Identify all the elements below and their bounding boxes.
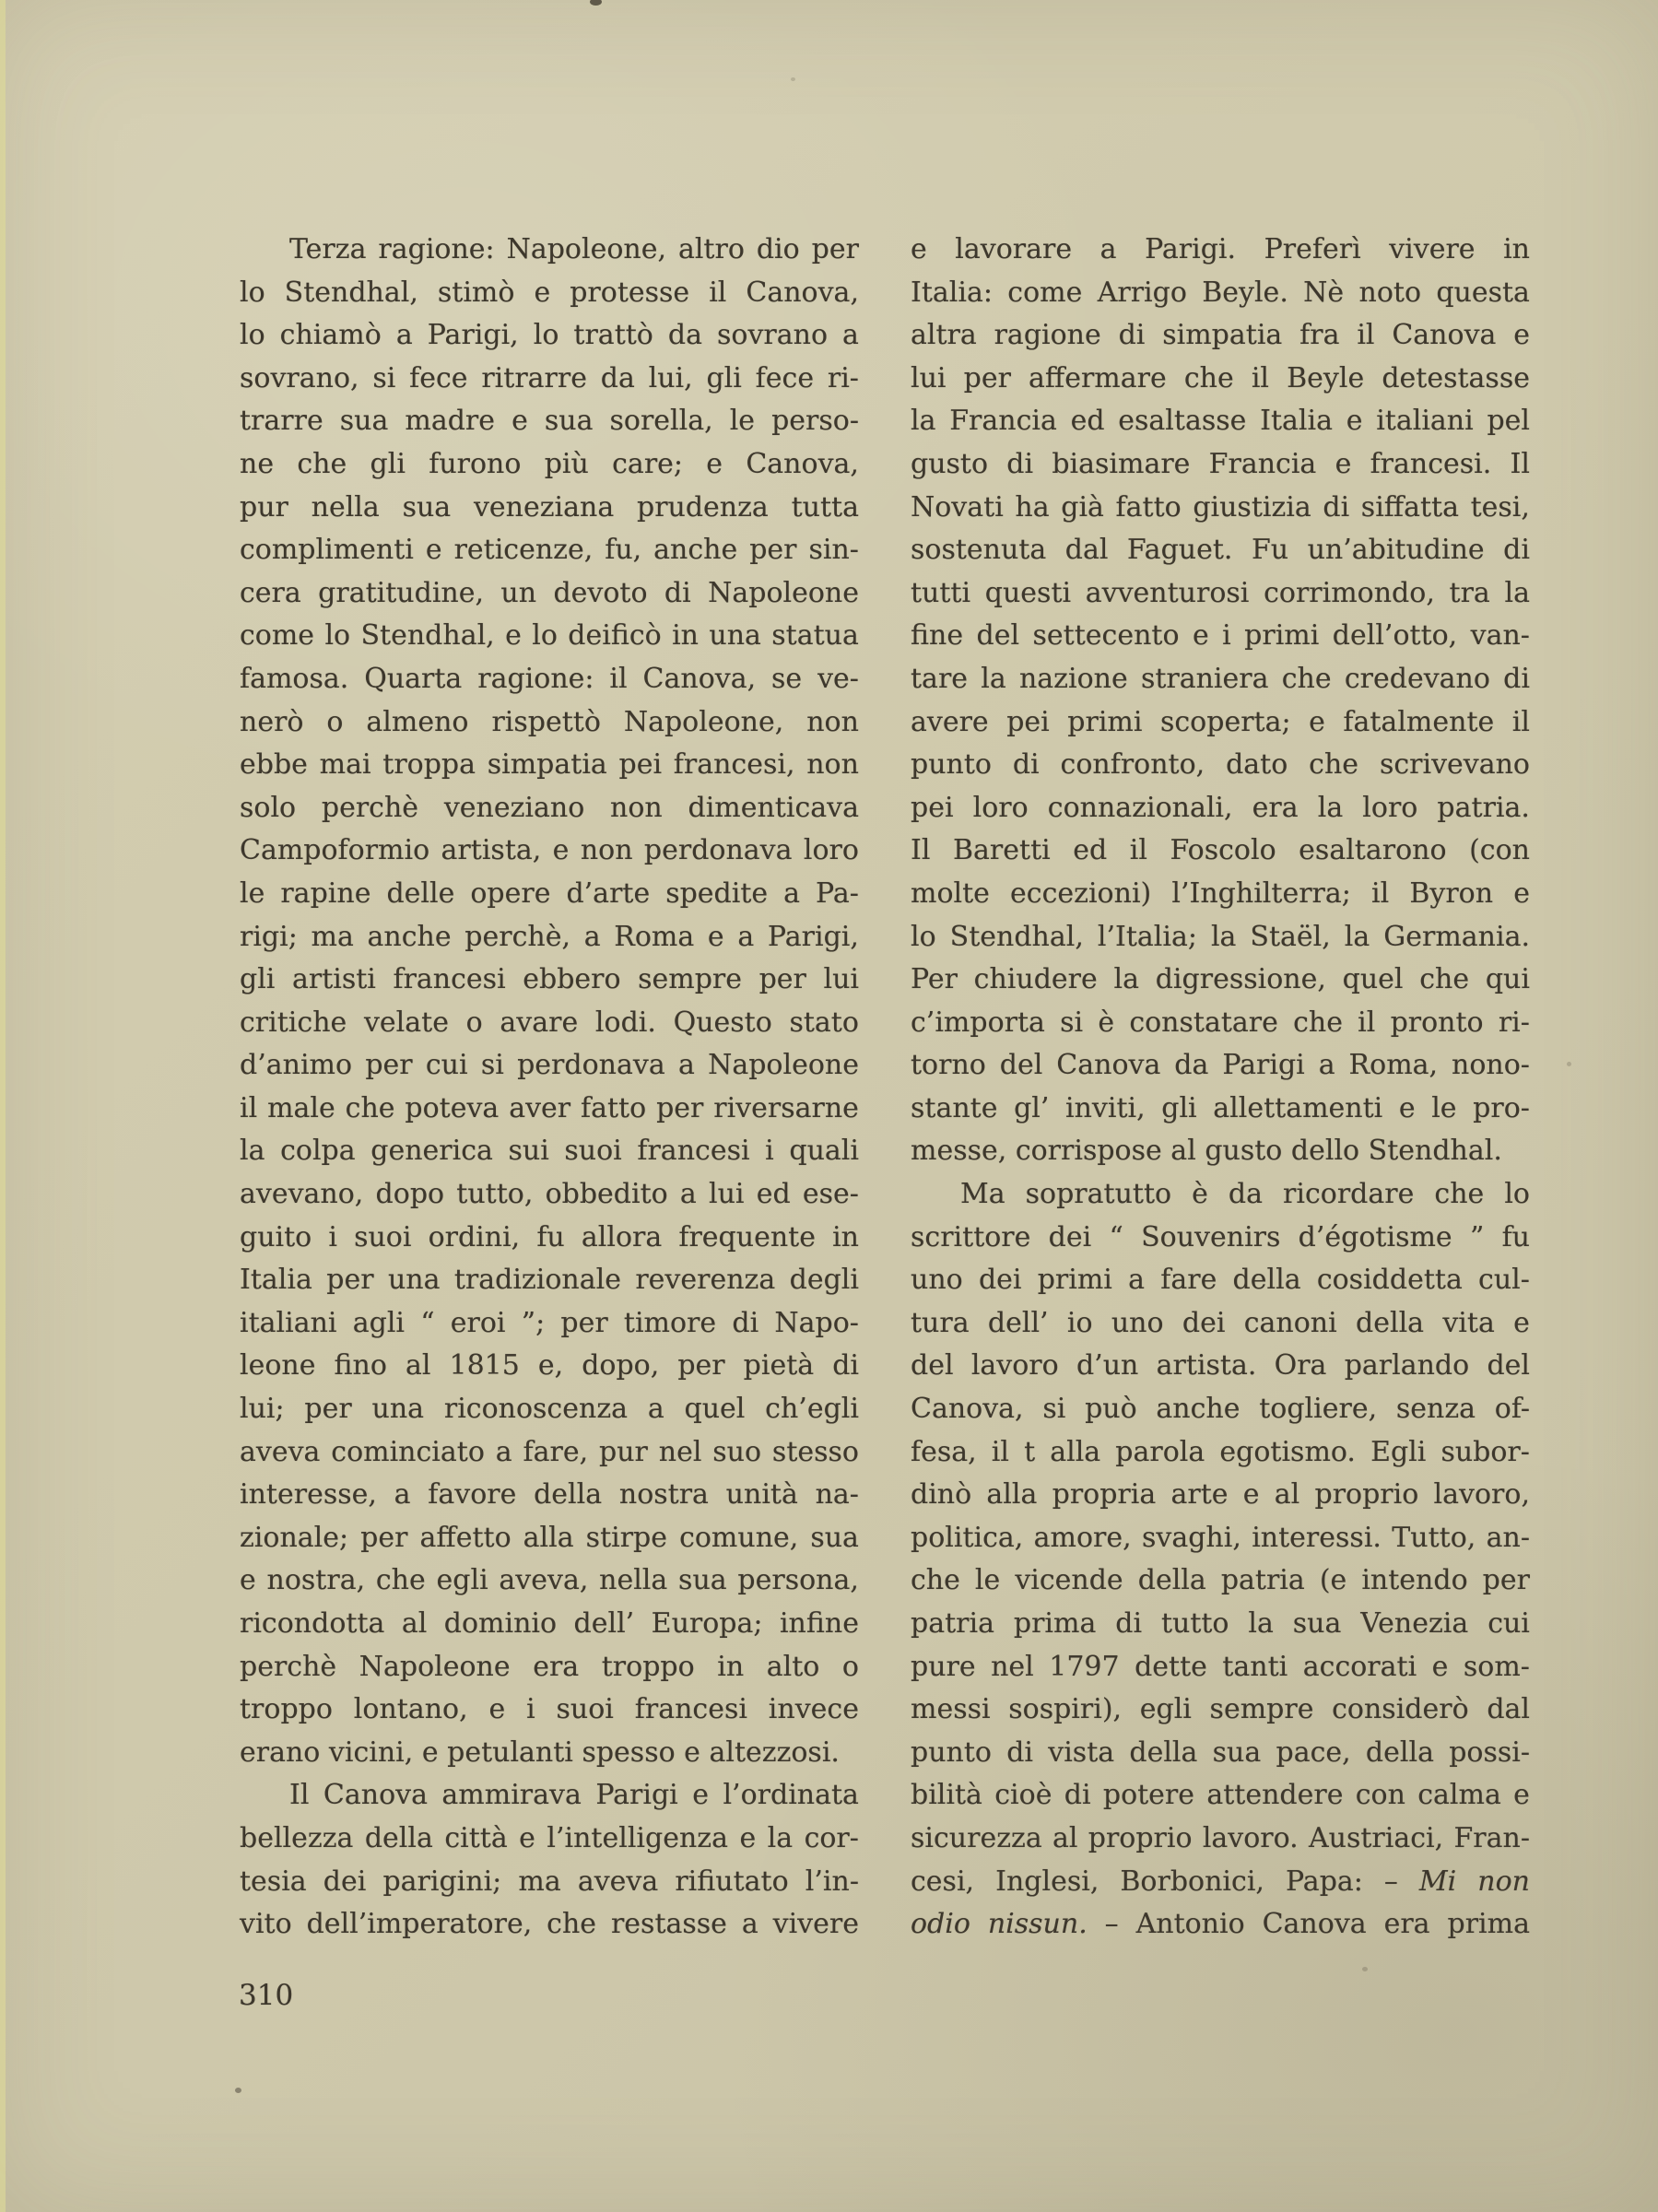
- text-line: ebbemaitroppasimpatiapeifrancesi,non: [240, 744, 859, 787]
- word: pel: [1487, 400, 1530, 443]
- word: e: [1432, 1646, 1449, 1689]
- text-line: puntodiconfronto,datochescrivevano: [911, 744, 1530, 787]
- word: punto: [911, 744, 992, 787]
- word: fece: [756, 358, 814, 401]
- word: spedite: [665, 873, 768, 916]
- word: riconoscenza: [444, 1388, 628, 1431]
- text-line: tesiadeiparigini;maavevarifiutatol’in-: [240, 1861, 859, 1904]
- word: come: [1007, 272, 1082, 315]
- word: la: [1345, 916, 1370, 959]
- word: odio: [911, 1903, 970, 1947]
- word: della: [534, 1474, 602, 1517]
- word: ricordare: [1283, 1173, 1414, 1217]
- word: Stendhal,: [360, 615, 494, 658]
- word: Canova: [1392, 314, 1496, 358]
- word: gusto: [911, 443, 988, 487]
- word: potere: [1103, 1774, 1194, 1818]
- word: città: [444, 1818, 507, 1861]
- word: leone: [240, 1345, 316, 1388]
- word: famosa.: [240, 658, 348, 701]
- word: a: [783, 873, 800, 916]
- word: e,: [538, 1345, 563, 1388]
- word: questi: [985, 572, 1071, 616]
- word: allettamenti: [1213, 1088, 1382, 1131]
- word: Inglesi,: [995, 1861, 1099, 1904]
- scan-edge-strip: [0, 0, 6, 2212]
- word: sua: [340, 400, 389, 443]
- word: a: [584, 916, 601, 959]
- word: aveva: [578, 1861, 658, 1904]
- word: avare: [500, 1002, 578, 1045]
- word: quel: [685, 1388, 746, 1431]
- word: a: [680, 1173, 697, 1217]
- word: di: [1064, 1774, 1091, 1818]
- word: Il: [289, 1774, 309, 1818]
- word: aveva,: [499, 1559, 588, 1603]
- word: lui: [709, 1173, 745, 1217]
- word: fu,: [605, 529, 641, 572]
- word: un’abitudine: [1308, 529, 1485, 572]
- word: perdonava: [644, 829, 793, 873]
- word: detestasse: [1382, 358, 1530, 401]
- word: ragione:: [378, 229, 494, 272]
- word: lo: [324, 615, 350, 658]
- text-line: luiperaffermarecheilBeyledetestasse: [911, 358, 1530, 401]
- word: degli: [790, 1259, 859, 1302]
- word: del: [977, 615, 1020, 658]
- word: sospiri),: [1008, 1688, 1122, 1732]
- word: di: [832, 1345, 859, 1388]
- word: cesi,: [911, 1861, 974, 1904]
- word: cominciato: [331, 1431, 485, 1475]
- word: constatare: [1129, 1002, 1278, 1045]
- word: al: [402, 1603, 427, 1646]
- word: (e: [1320, 1559, 1346, 1603]
- word: generica: [370, 1130, 493, 1173]
- word: si: [481, 1044, 504, 1088]
- word: l’intelligenza: [547, 1818, 728, 1861]
- word: avventurosi: [1086, 572, 1250, 616]
- text-line: cesi,Inglesi,Borbonici,Papa:–Minon: [911, 1861, 1530, 1904]
- word: 1815: [449, 1345, 519, 1388]
- word: Arrigo: [1098, 272, 1187, 315]
- word: tutti: [911, 572, 970, 616]
- word: fu: [536, 1217, 564, 1260]
- word: della: [1366, 1732, 1434, 1775]
- word: dopo: [376, 1173, 445, 1217]
- word: riversarne: [713, 1088, 859, 1131]
- word: e: [534, 272, 550, 315]
- word: d’animo: [240, 1044, 352, 1088]
- word: egli: [1140, 1688, 1192, 1732]
- word: di: [1323, 487, 1349, 530]
- text-line: turadell’iounodeicanonidellavitae: [911, 1302, 1530, 1346]
- word: egli: [437, 1559, 488, 1603]
- word: proprio: [1088, 1818, 1193, 1861]
- word: Baretti: [953, 829, 1051, 873]
- word: bellezza: [240, 1818, 353, 1861]
- word: stimò: [438, 272, 515, 315]
- word: sin-: [808, 529, 858, 572]
- word: pei: [619, 744, 663, 787]
- word: eccezioni): [1010, 873, 1151, 916]
- word: a: [396, 314, 413, 358]
- scan-speck: [235, 2088, 241, 2093]
- word: ragione:: [477, 658, 594, 701]
- word: francesi: [635, 1688, 747, 1732]
- text-line: loStendhal,stimòeprotesseilCanova,: [240, 272, 859, 315]
- word: ricondotta: [240, 1603, 384, 1646]
- word: come: [240, 615, 314, 658]
- word: pace,: [1276, 1732, 1351, 1775]
- word: di: [1503, 529, 1530, 572]
- word: male: [267, 1088, 335, 1131]
- word: sorella,: [610, 400, 713, 443]
- word: nel: [659, 1431, 702, 1475]
- word: e: [1243, 1474, 1260, 1517]
- word: il: [1371, 873, 1389, 916]
- word: quali: [789, 1130, 859, 1173]
- word: devoto: [553, 572, 647, 616]
- word: Napoleone,: [624, 701, 783, 745]
- word: sui: [508, 1130, 548, 1173]
- word: Canova: [1263, 1903, 1367, 1947]
- word: fesa,: [911, 1431, 977, 1475]
- word: per: [365, 1044, 412, 1088]
- text-line: perchèNapoleoneeratroppoinaltoo: [240, 1646, 859, 1689]
- word: cera: [240, 572, 301, 616]
- word: Parigi,: [768, 916, 859, 959]
- word: svaghi,: [1142, 1517, 1241, 1560]
- word: infine: [780, 1603, 859, 1646]
- text-line: gliartistifrancesiebberosempreperlui: [240, 959, 859, 1002]
- word: dell’: [988, 1302, 1049, 1346]
- word: ”;: [522, 1302, 545, 1346]
- word: dio: [757, 229, 800, 272]
- word: che: [297, 443, 347, 487]
- word: Parigi: [1222, 1044, 1304, 1088]
- word: per: [656, 1088, 703, 1131]
- word: primi: [1067, 701, 1142, 745]
- word: sempre: [1210, 1688, 1314, 1732]
- word: som-: [1464, 1646, 1530, 1689]
- word: prima: [1014, 1603, 1096, 1646]
- word: troppo: [240, 1688, 333, 1732]
- text-line: tornodelCanovadaParigiaRoma,nono-: [911, 1044, 1530, 1088]
- word: le: [730, 400, 755, 443]
- word: reticenze,: [454, 529, 594, 572]
- text-line: leonefinoal1815e,dopo,perpietàdi: [240, 1345, 859, 1388]
- word: fu: [1502, 1217, 1530, 1260]
- word: Napoleone: [708, 572, 859, 616]
- word: pei: [1006, 701, 1050, 745]
- word: a: [394, 1474, 411, 1517]
- word: ed: [757, 1173, 791, 1217]
- word: di: [1006, 1732, 1033, 1775]
- word: scoperta;: [1160, 701, 1291, 745]
- word: ragione: [994, 314, 1101, 358]
- word: timore: [624, 1302, 716, 1346]
- word: non: [1477, 1861, 1530, 1904]
- word: tutto,: [456, 1173, 533, 1217]
- word: Il: [1511, 443, 1530, 487]
- text-line: IlBarettiedilFoscoloesaltarono(con: [911, 829, 1530, 873]
- text-line: sostenutadalFaguet.Fuun’abitudinedi: [911, 529, 1530, 572]
- word: italiani: [1376, 400, 1474, 443]
- word: il: [709, 272, 726, 315]
- word: le: [975, 1559, 1000, 1603]
- word: suoi: [564, 1130, 621, 1173]
- word: della: [1233, 1259, 1301, 1302]
- word: da: [668, 314, 702, 358]
- word: il: [992, 1431, 1009, 1475]
- word: Roma: [614, 916, 694, 959]
- text-line: ceragratitudine,undevotodiNapoleone: [240, 572, 859, 616]
- word: delle: [386, 873, 454, 916]
- text-line: d’animopercuisiperdonavaaNapoleone: [240, 1044, 859, 1088]
- word: corrimondo,: [1264, 572, 1435, 616]
- word: sempre: [638, 959, 742, 1002]
- word: più: [545, 443, 589, 487]
- word: e: [706, 443, 723, 487]
- word: colpa: [280, 1130, 356, 1173]
- word: Stendhal,: [285, 272, 418, 315]
- text-line: rigi;maancheperchè,aRomaeaParigi,: [240, 916, 859, 959]
- word: cui: [1487, 1603, 1530, 1646]
- word: Preferì: [1264, 229, 1361, 272]
- word: al: [1275, 1474, 1299, 1517]
- word: può: [1085, 1388, 1137, 1431]
- word: patria.: [1437, 787, 1530, 830]
- text-line: altraragionedisimpatiafrailCanovae: [911, 314, 1530, 358]
- word: (con: [1469, 829, 1530, 873]
- word: d’un: [1076, 1345, 1138, 1388]
- word: le: [240, 873, 265, 916]
- word: troppo: [602, 1646, 695, 1689]
- word: dinò: [911, 1474, 971, 1517]
- text-line: italianiagli“eroi”;pertimorediNapo-: [240, 1302, 859, 1346]
- word: dette: [1135, 1646, 1207, 1689]
- word: i: [1222, 615, 1231, 658]
- word: la: [911, 400, 935, 443]
- word: Beyle: [1287, 358, 1364, 401]
- word: che: [1282, 658, 1332, 701]
- word: tra: [1450, 572, 1490, 616]
- word: Parigi.: [1145, 229, 1236, 272]
- word: di: [1006, 443, 1033, 487]
- word: dimenticava: [688, 787, 859, 830]
- word: stesso: [772, 1431, 859, 1475]
- word: Faguet.: [1127, 529, 1233, 572]
- word: tura: [911, 1302, 970, 1346]
- text-line: unodeiprimiafaredellacosiddettacul-: [911, 1259, 1530, 1302]
- word: credevano: [1345, 658, 1490, 701]
- text-line: purenel1797dettetantiaccoratiesom-: [911, 1646, 1530, 1689]
- text-line: dellavorod’unartista.Oraparlandodel: [911, 1345, 1530, 1388]
- word: Napoleone: [359, 1646, 511, 1689]
- word: interessi.: [1252, 1517, 1382, 1560]
- word: fra: [1299, 314, 1339, 358]
- word: non: [610, 787, 663, 830]
- word: alla: [523, 1517, 574, 1560]
- word: e: [1193, 615, 1209, 658]
- word: accorati: [1303, 1646, 1417, 1689]
- word: nella: [312, 487, 380, 530]
- word: da: [1229, 1173, 1263, 1217]
- text-line: bellezzadellacittàel’intelligenzaelacor-: [240, 1818, 859, 1861]
- word: il: [1130, 829, 1147, 873]
- word: Papa:: [1286, 1861, 1363, 1904]
- word: inviti,: [1065, 1088, 1146, 1131]
- text-line: vitodell’imperatore,cherestasseavivere: [240, 1903, 859, 1947]
- text-run: messe, corrispose al gusto dello Stendha…: [911, 1135, 1502, 1167]
- word: uno: [1111, 1302, 1164, 1346]
- word: una: [388, 1259, 441, 1302]
- word: italiani: [240, 1302, 337, 1346]
- word: lui,: [649, 358, 693, 401]
- word: e: [1513, 1302, 1530, 1346]
- text-line: loStendhal,l’Italia;laStaël,laGermania.: [911, 916, 1530, 959]
- word: veneziano: [444, 787, 584, 830]
- text-line: odionissun.–AntonioCanovaeraprima: [911, 1903, 1530, 1947]
- word: aver: [509, 1088, 570, 1131]
- word: e: [505, 615, 522, 658]
- word: francesi.: [1370, 443, 1492, 487]
- word: straniera: [1141, 658, 1269, 701]
- word: ne: [240, 443, 274, 487]
- word: ammirava: [441, 1774, 581, 1818]
- word: da: [601, 358, 635, 401]
- word: cui: [426, 1044, 468, 1088]
- word: a: [737, 916, 754, 959]
- word: gratitudine,: [318, 572, 484, 616]
- word: dei: [979, 1259, 1022, 1302]
- word: tutta: [792, 487, 859, 530]
- word: sovrano: [717, 314, 828, 358]
- word: ese-: [803, 1173, 859, 1217]
- word: è: [1098, 1002, 1114, 1045]
- word: vivere: [1389, 229, 1475, 272]
- word: stirpe: [586, 1517, 667, 1560]
- word: considerò: [1332, 1688, 1469, 1732]
- word: simpatia: [1162, 314, 1282, 358]
- word: ebbero: [523, 959, 620, 1002]
- word: ritrarre: [481, 358, 587, 401]
- word: furono: [429, 443, 521, 487]
- word: sua: [403, 487, 452, 530]
- word: l’Italia;: [1098, 916, 1197, 959]
- word: fece: [409, 358, 467, 401]
- word: fatalmente: [1343, 701, 1494, 745]
- word: l’in-: [805, 1861, 859, 1904]
- word: Roma,: [1349, 1044, 1439, 1088]
- word: Ora: [1275, 1345, 1327, 1388]
- word: na-: [816, 1474, 859, 1517]
- word: ebbe: [240, 744, 308, 787]
- word: nazione: [1019, 658, 1128, 701]
- word: nostra,: [267, 1559, 366, 1603]
- word: del: [1000, 1044, 1043, 1088]
- word: subor-: [1440, 1431, 1529, 1475]
- text-line: chelevicendedellapatria(eintendoper: [911, 1559, 1530, 1603]
- word: Beyle.: [1202, 272, 1288, 315]
- text-line: IlCanovaammiravaParigiel’ordinata: [240, 1774, 859, 1818]
- word: per: [677, 1345, 724, 1388]
- word: Byron: [1409, 873, 1493, 916]
- scan-speck: [791, 77, 795, 81]
- text-line: enostra,cheegliaveva,nellasuapersona,: [240, 1559, 859, 1603]
- word: complimenti: [240, 529, 414, 572]
- word: of-: [1495, 1388, 1530, 1431]
- word: e: [519, 1818, 535, 1861]
- word: “: [1110, 1217, 1123, 1260]
- word: patria: [1221, 1559, 1305, 1603]
- word: Austriaci,: [1309, 1818, 1443, 1861]
- word: lui;: [240, 1388, 285, 1431]
- word: pietà: [744, 1345, 815, 1388]
- word: lo: [911, 916, 936, 959]
- word: rispettò: [491, 701, 600, 745]
- word: restasse: [611, 1903, 727, 1947]
- word: suo: [712, 1431, 761, 1475]
- text-line: scrittoredei“Souvenirsd’égotisme”fu: [911, 1217, 1530, 1260]
- word: ed: [1071, 400, 1105, 443]
- text-line: famosa.Quartaragione:ilCanova,seve-: [240, 658, 859, 701]
- word: noto: [1359, 272, 1422, 315]
- word: che: [547, 1903, 596, 1947]
- text-line: c’importasièconstatarecheilprontori-: [911, 1002, 1530, 1045]
- word: o: [466, 1002, 483, 1045]
- word: il: [1512, 701, 1530, 745]
- word: francesi: [393, 959, 505, 1002]
- word: scrivevano: [1380, 744, 1530, 787]
- word: cioè: [994, 1774, 1052, 1818]
- word: invece: [769, 1688, 859, 1732]
- word: e: [708, 916, 724, 959]
- word: Canova,: [746, 443, 859, 487]
- word: per: [1483, 1559, 1530, 1603]
- text-line: lochiamòaParigi,lotrattòdasovranoa: [240, 314, 859, 358]
- word: il: [1357, 314, 1374, 358]
- word: Napo-: [774, 1302, 859, 1346]
- word: biasimare: [1052, 443, 1190, 487]
- word: lo: [534, 314, 559, 358]
- word: di: [1503, 658, 1530, 701]
- word: egotismo.: [1219, 1431, 1356, 1475]
- text-line: soloperchèvenezianonondimenticava: [240, 787, 859, 830]
- word: perso-: [771, 400, 859, 443]
- word: in: [1503, 229, 1530, 272]
- word: ha: [1015, 487, 1049, 530]
- text-line: tarelanazionestranierachecredevanodi: [911, 658, 1530, 701]
- word: Francia: [1209, 443, 1317, 487]
- word: calma: [1417, 1774, 1501, 1818]
- word: per: [759, 959, 806, 1002]
- word: in: [672, 615, 699, 658]
- word: i: [526, 1688, 535, 1732]
- word: che: [346, 1088, 395, 1131]
- word: e: [692, 1774, 709, 1818]
- text-line: messe, corrispose al gusto dello Stendha…: [911, 1130, 1530, 1173]
- text-run: erano vicini, e petulanti spesso e altez…: [240, 1736, 840, 1769]
- text-line: critichevelateoavarelodi.Questostato: [240, 1002, 859, 1045]
- text-line: stantegl’inviti,gliallettamentielepro-: [911, 1088, 1530, 1131]
- word: gl’: [1014, 1088, 1049, 1131]
- text-line: lui;perunariconoscenzaaquelch’egli: [240, 1388, 859, 1431]
- word: ed: [1073, 829, 1107, 873]
- word: arte: [1171, 1474, 1229, 1517]
- word: non: [806, 701, 859, 745]
